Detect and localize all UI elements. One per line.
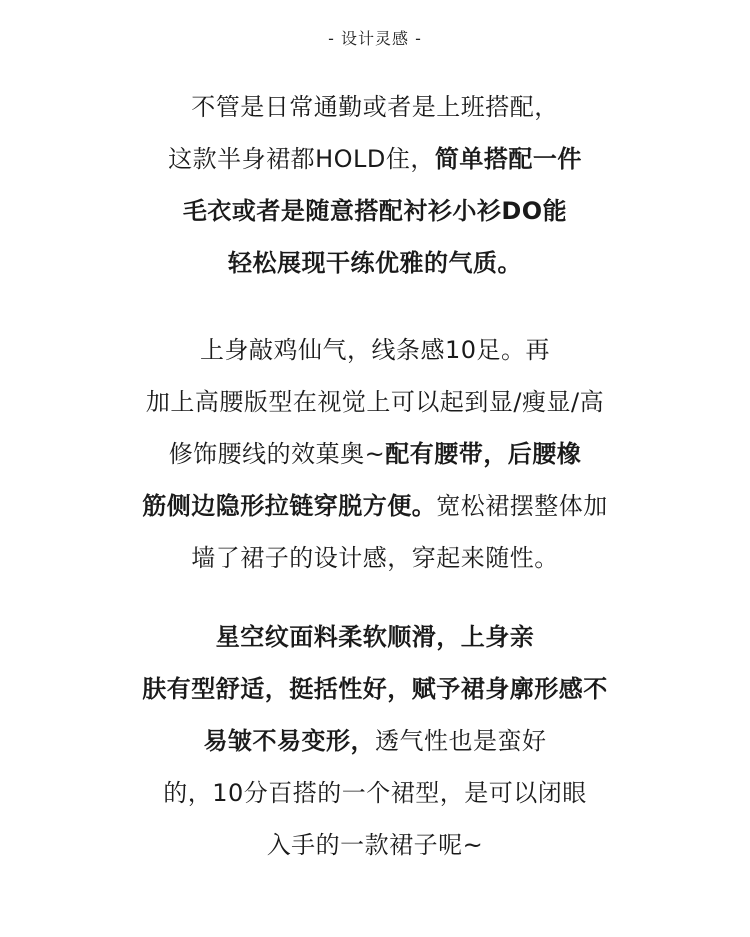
- text-line: 上身敲鸡仙气，线条感10足。再: [0, 324, 750, 376]
- bold-text: 轻松展现干练优雅的气质。: [228, 249, 522, 277]
- bold-text: 毛衣或者是随意搭配衬衫小衫DO能: [183, 197, 567, 225]
- bold-text: 易皱不易变形，: [204, 727, 376, 755]
- bold-text: 简单搭配一件: [435, 145, 582, 173]
- text-line: 不管是日常通勤或者是上班搭配，: [0, 81, 750, 133]
- text-line: 加上高腰版型在视觉上可以起到显/瘦显/高: [0, 376, 750, 428]
- text-line: 易皱不易变形，透气性也是蛮好: [0, 715, 750, 767]
- body-text: 这款半身裙都HOLD住，: [168, 145, 435, 173]
- body-text: 墙了裙子的设计感，穿起来随性。: [191, 544, 559, 572]
- body-text: 的，10分百搭的一个裙型，是可以闭眼: [163, 779, 587, 807]
- bold-text: 星空纹面料柔软顺滑，上身亲: [216, 623, 535, 651]
- bold-text: 肤有型舒适，挺括性好，赋予裙身廓形感不: [142, 675, 608, 703]
- text-line: 筋侧边隐形拉链穿脱方便。宽松裙摆整体加: [0, 480, 750, 532]
- body-text: 宽松裙摆整体加: [436, 492, 608, 520]
- body-text: 透气性也是蛮好: [375, 727, 547, 755]
- paragraph-intro: 不管是日常通勤或者是上班搭配，这款半身裙都HOLD住，简单搭配一件毛衣或者是随意…: [0, 81, 750, 289]
- text-line: 这款半身裙都HOLD住，简单搭配一件: [0, 133, 750, 185]
- body-text: 上身敲鸡仙气，线条感10足。再: [200, 336, 550, 364]
- body-text: 不管是日常通勤或者是上班搭配，: [191, 93, 559, 121]
- paragraph-fabric: 星空纹面料柔软顺滑，上身亲肤有型舒适，挺括性好，赋予裙身廓形感不易皱不易变形，透…: [0, 611, 750, 871]
- text-line: 墙了裙子的设计感，穿起来随性。: [0, 532, 750, 584]
- body-text: 加上高腰版型在视觉上可以起到显/瘦显/高: [146, 388, 604, 416]
- text-line: 入手的一款裙子呢~: [0, 819, 750, 871]
- body-text: 入手的一款裙子呢~: [267, 831, 484, 859]
- text-line: 星空纹面料柔软顺滑，上身亲: [0, 611, 750, 663]
- bold-text: 配有腰带，后腰橡: [385, 440, 581, 468]
- text-line: 肤有型舒适，挺括性好，赋予裙身廓形感不: [0, 663, 750, 715]
- text-line: 修饰腰线的效菓奥~配有腰带，后腰橡: [0, 428, 750, 480]
- text-line: 的，10分百搭的一个裙型，是可以闭眼: [0, 767, 750, 819]
- body-text: 修饰腰线的效菓奥~: [169, 440, 386, 468]
- paragraph-fit: 上身敲鸡仙气，线条感10足。再加上高腰版型在视觉上可以起到显/瘦显/高修饰腰线的…: [0, 324, 750, 584]
- bold-text: 筋侧边隐形拉链穿脱方便。: [142, 492, 436, 520]
- section-title: - 设计灵感 -: [0, 26, 750, 49]
- text-line: 毛衣或者是随意搭配衬衫小衫DO能: [0, 185, 750, 237]
- text-line: 轻松展现干练优雅的气质。: [0, 237, 750, 289]
